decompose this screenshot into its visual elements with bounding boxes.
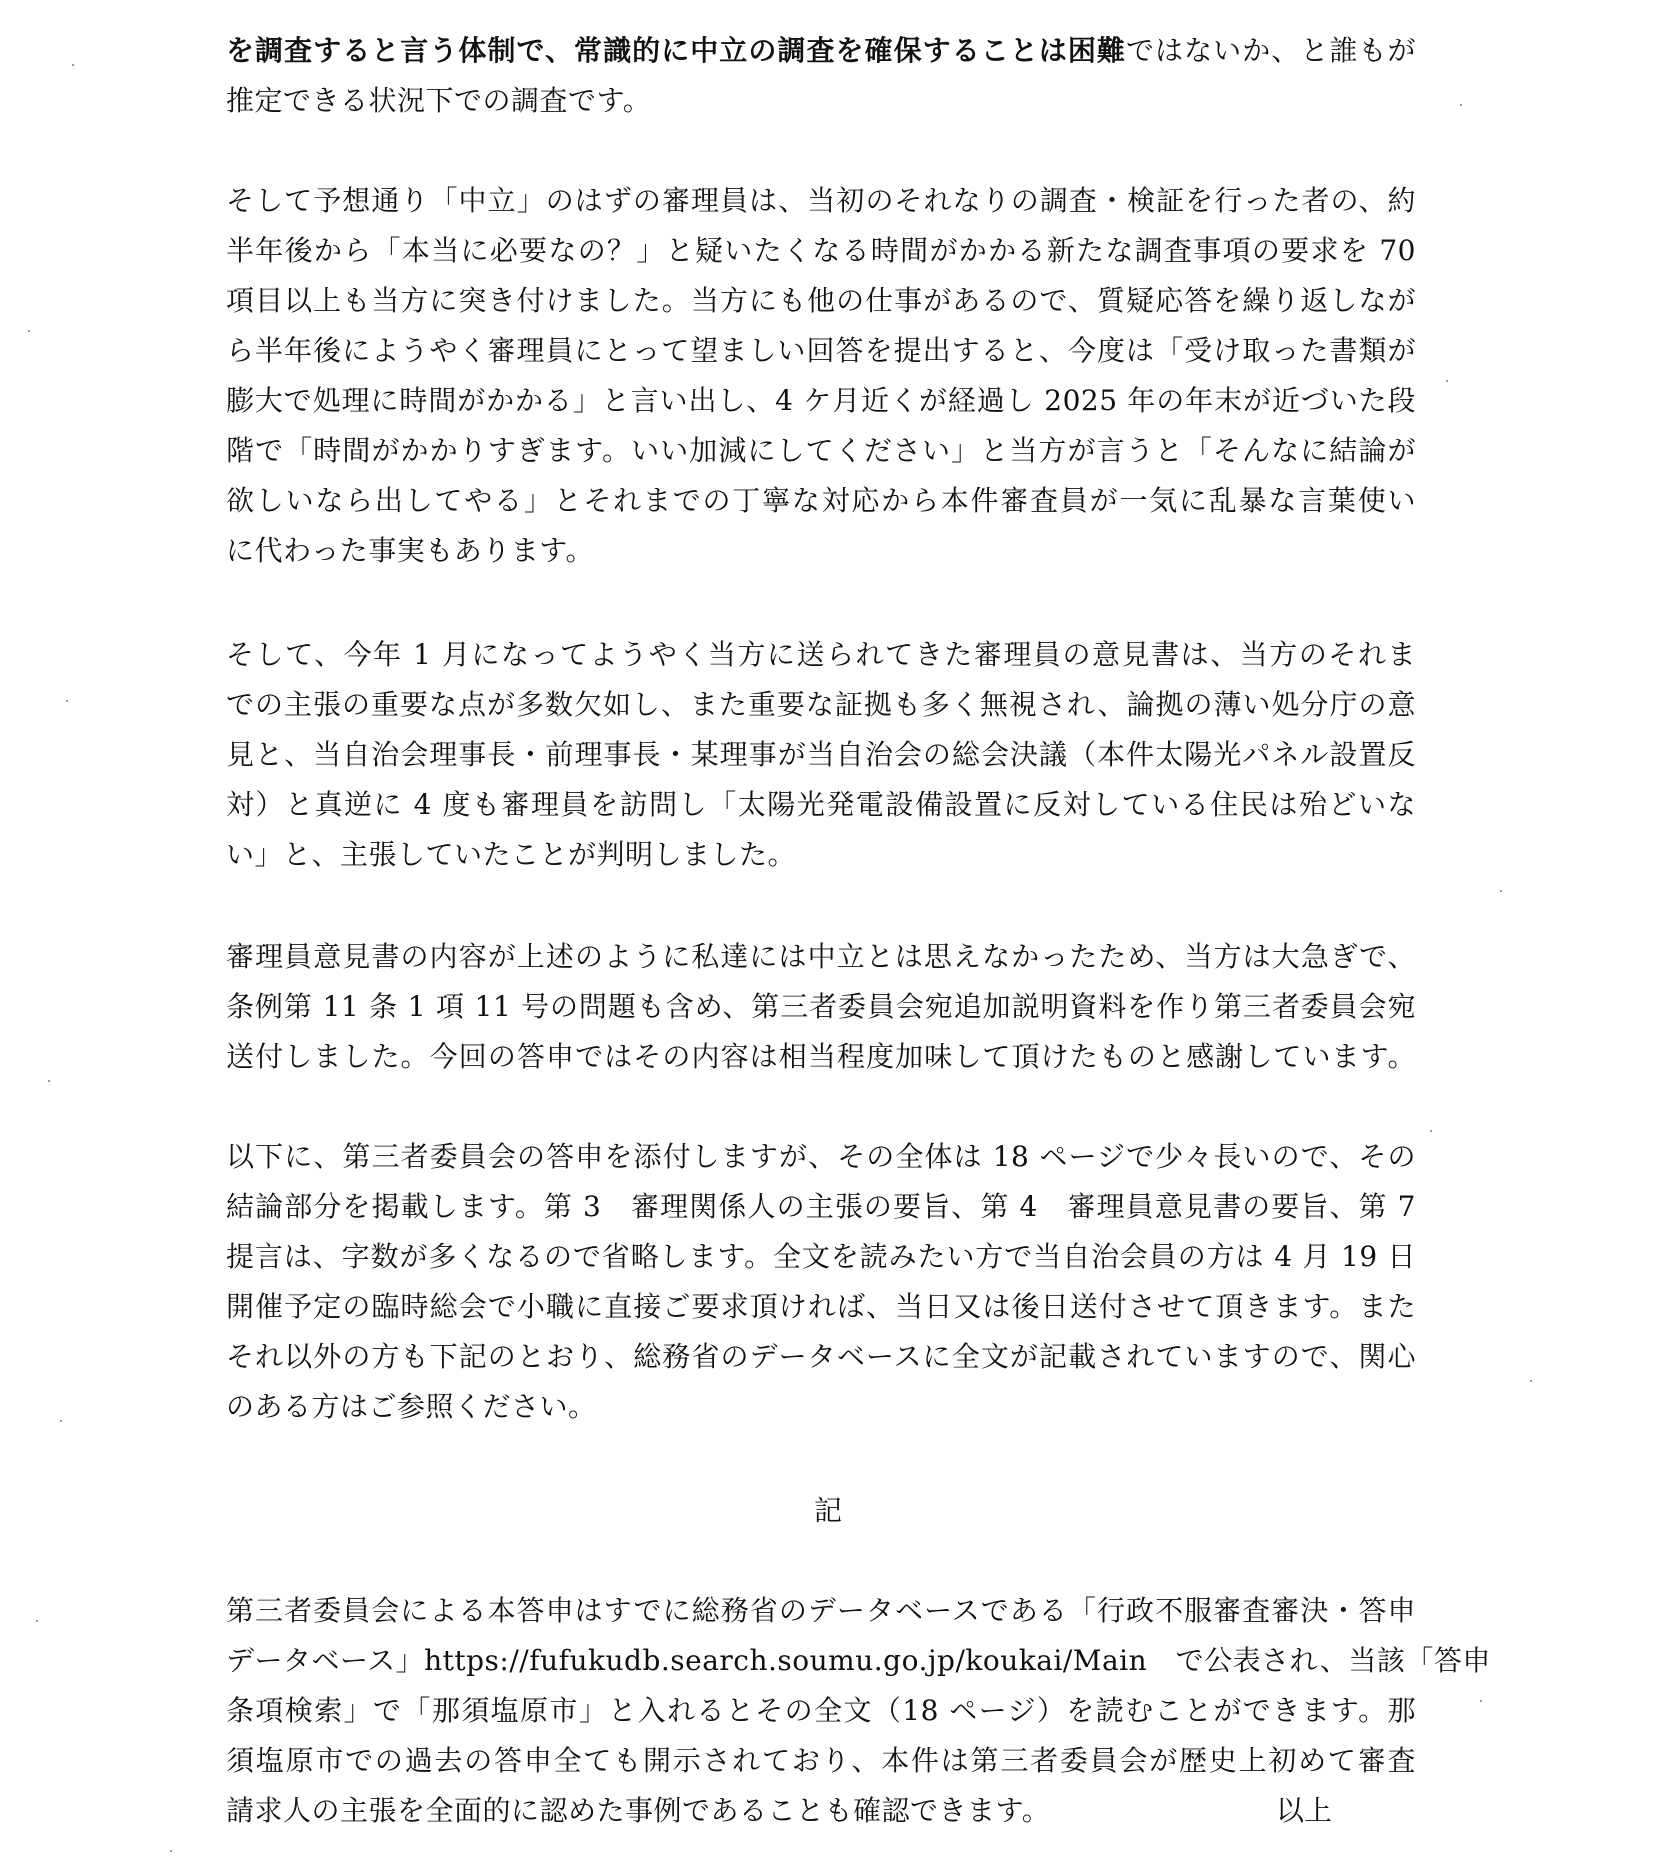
paragraph-line: 提言は、字数が多くなるので省略します。全文を読みたい方で当自治会員の方は 4 月… (226, 1232, 1416, 1282)
scan-speck (72, 64, 74, 66)
paragraph-line: ら半年後にようやく審理員にとって望ましい回答を提出すると、今度は「受け取った書類… (226, 326, 1416, 376)
paragraph-line: 条例第 11 条 1 項 11 号の問題も含め、第三者委員会宛追加説明資料を作り… (226, 982, 1416, 1032)
paragraph-line: 請求人の主張を全面的に認めた事例であることも確認できます。 (226, 1786, 1416, 1836)
scan-speck (60, 1420, 62, 1422)
paragraph-line: に代わった事実もあります。 (226, 526, 1416, 576)
normal-text: ではないか、と誰もが (1126, 34, 1416, 67)
paragraph-line: での主張の重要な点が多数欠如し、また重要な証拠も多く無視され、論拠の薄い処分庁の… (226, 680, 1416, 730)
paragraph-6: 第三者委員会による本答申はすでに総務省のデータベースである「行政不服審査審決・答… (226, 1586, 1416, 1836)
scan-speck (66, 700, 68, 702)
paragraph-4: 審理員意見書の内容が上述のように私達には中立とは思えなかったため、当方は大急ぎで… (226, 932, 1416, 1082)
scan-speck (1480, 1700, 1482, 1702)
paragraph-line: 条項検索」で「那須塩原市」と入れるとその全文（18 ページ）を読むことができます… (226, 1686, 1416, 1736)
paragraph-line: データベース」https://fufukudb.search.soumu.go.… (226, 1636, 1416, 1686)
scan-speck (1530, 1380, 1532, 1382)
paragraph-1-line-1: を調査すると言う体制で、常識的に中立の調査を確保することは困難ではないか、と誰も… (226, 26, 1416, 76)
scan-speck (1500, 890, 1502, 892)
paragraph-line: 須塩原市での過去の答申全ても開示されており、本件は第三者委員会が歴史上初めて審査 (226, 1736, 1416, 1786)
paragraph-1-line-2: 推定できる状況下での調査です。 (226, 76, 1416, 126)
scanned-document-page: を調査すると言う体制で、常識的に中立の調査を確保することは困難ではないか、と誰も… (0, 0, 1656, 1859)
paragraph-line: 欲しいなら出してやる」とそれまでの丁寧な対応から本件審査員が一気に乱暴な言葉使い (226, 476, 1416, 526)
scan-speck (36, 1620, 38, 1622)
scan-speck (28, 330, 30, 332)
paragraph-line: そして、今年 1 月になってようやく当方に送られてきた審理員の意見書は、当方のそ… (226, 630, 1416, 680)
paragraph-line: のある方はご参照ください。 (226, 1382, 1416, 1432)
paragraph-line: 審理員意見書の内容が上述のように私達には中立とは思えなかったため、当方は大急ぎで… (226, 932, 1416, 982)
paragraph-line: 以下に、第三者委員会の答申を添付しますが、その全体は 18 ページで少々長いので… (226, 1132, 1416, 1182)
paragraph-line: そして予想通り「中立」のはずの審理員は、当初のそれなりの調査・検証を行った者の、… (226, 176, 1416, 226)
bold-text: を調査すると言う体制で、常識的に中立の調査を確保することは困難 (226, 34, 1126, 67)
paragraph-line: それ以外の方も下記のとおり、総務省のデータベースに全文が記載されていますので、関… (226, 1332, 1416, 1382)
paragraph-line: 項目以上も当方に突き付けました。当方にも他の仕事があるので、質疑応答を繰り返しな… (226, 276, 1416, 326)
paragraph-line: 対）と真逆に 4 度も審理員を訪問し「太陽光発電設備設置に反対している住民は殆ど… (226, 780, 1416, 830)
paragraph-line: 第三者委員会による本答申はすでに総務省のデータベースである「行政不服審査審決・答… (226, 1586, 1416, 1636)
paragraph-3: そして、今年 1 月になってようやく当方に送られてきた審理員の意見書は、当方のそ… (226, 630, 1416, 880)
paragraph-line: 開催予定の臨時総会で小職に直接ご要求頂ければ、当日又は後日送付させて頂きます。ま… (226, 1282, 1416, 1332)
scan-speck (1460, 104, 1462, 106)
paragraph-line: 階で「時間がかかりすぎます。いい加減にしてください」と当方が言うと「そんなに結論… (226, 426, 1416, 476)
normal-text: 推定できる状況下での調査です。 (226, 84, 651, 117)
paragraph-line: 見と、当自治会理事長・前理事長・某理事が当自治会の総会決議（本件太陽光パネル設置… (226, 730, 1416, 780)
paragraph-1: を調査すると言う体制で、常識的に中立の調査を確保することは困難ではないか、と誰も… (226, 26, 1416, 126)
paragraph-5: 以下に、第三者委員会の答申を添付しますが、その全体は 18 ページで少々長いので… (226, 1132, 1416, 1432)
closing-mark-ijou: 以上 (1276, 1786, 1332, 1836)
center-mark-ki: 記 (0, 1486, 1656, 1536)
paragraph-line: 送付しました。今回の答申ではその内容は相当程度加味して頂けたものと感謝しています… (226, 1032, 1416, 1082)
paragraph-line: 半年後から「本当に必要なの？」と疑いたくなる時間がかかる新たな調査事項の要求を … (226, 226, 1416, 276)
scan-speck (1430, 1130, 1432, 1132)
scan-speck (48, 1080, 50, 1082)
scan-speck (1446, 380, 1448, 382)
scan-speck (170, 1850, 172, 1852)
paragraph-2: そして予想通り「中立」のはずの審理員は、当初のそれなりの調査・検証を行った者の、… (226, 176, 1416, 576)
paragraph-line: 膨大で処理に時間がかかる」と言い出し、4 ケ月近くが経過し 2025 年の年末が… (226, 376, 1416, 426)
paragraph-line: 結論部分を掲載します。第 3 審理関係人の主張の要旨、第 4 審理員意見書の要旨… (226, 1182, 1416, 1232)
paragraph-line: い」と、主張していたことが判明しました。 (226, 830, 1416, 880)
